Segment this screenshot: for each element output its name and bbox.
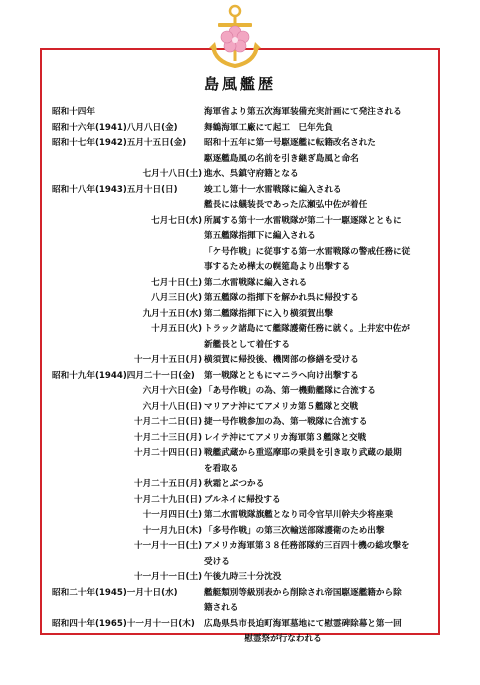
history-date: 昭和十七年(1942)五月十五日(金) xyxy=(52,136,204,152)
history-row: 昭和十七年(1942)五月十五日(金)昭和十五年に第一号駆逐艦に転籍改名された xyxy=(52,136,422,152)
history-event: 事するため樺太の幌筵島より出撃する xyxy=(204,260,422,276)
history-event: 「ケ号作戦」に従事する第一水雷戦隊の警戒任務に従 xyxy=(204,245,422,261)
history-row: 駆逐艦島風の名前を引き継ぎ島風と命名 xyxy=(52,152,422,168)
history-row: 事するため樺太の幌筵島より出撃する xyxy=(52,260,422,276)
history-date: 九月十五日(水) xyxy=(52,307,204,323)
history-date: 十一月十一日(土) xyxy=(52,539,204,555)
history-date: 昭和十八年(1943)五月十日(日) xyxy=(52,183,204,199)
history-event: 舞鶴海軍工廠にて起工 巳年先負 xyxy=(204,121,422,137)
history-date: 八月三日(火) xyxy=(52,291,204,307)
history-row: 昭和十四年海軍省より第五次海軍装備充実計画にて発注される xyxy=(52,105,422,121)
history-row: 昭和二十年(1945)一月十日(水)艦艇類別等級別表から削除され帝国駆逐艦籍から… xyxy=(52,586,422,602)
history-row: 十月二十二日(日)捷一号作戦参加の為、第一戦隊に合流する xyxy=(52,415,422,431)
anchor-cherry-blossom-icon xyxy=(205,2,265,72)
history-event: 籍される xyxy=(204,601,422,617)
history-date: 十一月四日(土) xyxy=(52,508,204,524)
history-event: 艦艇類別等級別表から削除され帝国駆逐艦籍から除 xyxy=(204,586,422,602)
history-date: 昭和四十年(1965)十一月十一日(木) xyxy=(52,617,204,633)
history-event: 第五艦隊の指揮下を解かれ呉に帰投する xyxy=(204,291,422,307)
history-event: 駆逐艦島風の名前を引き継ぎ島風と命名 xyxy=(204,152,422,168)
history-date: 十月二十九日(日) xyxy=(52,493,204,509)
history-date: 六月十八日(日) xyxy=(52,400,204,416)
history-row: 十月二十九日(日)ブルネイに帰投する xyxy=(52,493,422,509)
history-event: 第五艦隊指揮下に編入される xyxy=(204,229,422,245)
history-event: 秋霜とぶつかる xyxy=(204,477,422,493)
history-row: 十一月十一日(土)アメリカ海軍第３８任務部隊約三百四十機の総攻撃を xyxy=(52,539,422,555)
history-list: 昭和十四年海軍省より第五次海軍装備充実計画にて発注される昭和十六年(1941)八… xyxy=(52,105,422,648)
history-event: ブルネイに帰投する xyxy=(204,493,422,509)
history-event: 戦艦武蔵から重巡摩耶の乗員を引き取り武蔵の最期 xyxy=(204,446,422,462)
history-event: 海軍省より第五次海軍装備充実計画にて発注される xyxy=(204,105,422,121)
history-row: 十一月十五日(月)横須賀に帰投後、機関部の修繕を受ける xyxy=(52,353,422,369)
history-event: 所属する第十一水雷戦隊が第二十一駆逐隊とともに xyxy=(204,214,422,230)
history-row: 昭和十八年(1943)五月十日(日)竣工し第十一水雷戦隊に編入される xyxy=(52,183,422,199)
history-row: 十月二十三日(月)レイテ沖にてアメリカ海軍第３艦隊と交戦 xyxy=(52,431,422,447)
history-event: 第二艦隊指揮下に入り横須賀出撃 xyxy=(204,307,422,323)
history-event: マリアナ沖にてアメリカ第５艦隊と交戦 xyxy=(204,400,422,416)
history-row: 六月十八日(日)マリアナ沖にてアメリカ第５艦隊と交戦 xyxy=(52,400,422,416)
history-event: 第二水雷戦隊旗艦となり司令官早川幹夫少将座乗 xyxy=(204,508,422,524)
history-event: 午後九時三十分沈没 xyxy=(204,570,422,586)
history-event: レイテ沖にてアメリカ海軍第３艦隊と交戦 xyxy=(204,431,422,447)
history-row: 九月十五日(水)第二艦隊指揮下に入り横須賀出撃 xyxy=(52,307,422,323)
history-date: 十一月十五日(月) xyxy=(52,353,204,369)
history-row: 十一月九日(木)「多号作戦」の第三次輸送部隊護衛のため出撃 xyxy=(52,524,422,540)
history-date: 十月五日(火) xyxy=(52,322,204,338)
history-event: を看取る xyxy=(204,462,422,478)
history-event: 新艦長として着任する xyxy=(204,338,422,354)
history-row: 八月三日(火)第五艦隊の指揮下を解かれ呉に帰投する xyxy=(52,291,422,307)
history-row: 第五艦隊指揮下に編入される xyxy=(52,229,422,245)
history-row: 十月二十四日(日)戦艦武蔵から重巡摩耶の乗員を引き取り武蔵の最期 xyxy=(52,446,422,462)
history-row: 十一月四日(土)第二水雷戦隊旗艦となり司令官早川幹夫少将座乗 xyxy=(52,508,422,524)
history-row: 昭和十九年(1944)四月二十一日(金)第一戦隊とともにマニラへ向け出撃する xyxy=(52,369,422,385)
history-row: 七月七日(水)所属する第十一水雷戦隊が第二十一駆逐隊とともに xyxy=(52,214,422,230)
history-event: 慰霊祭が行なわれる xyxy=(204,632,422,648)
history-event: 捷一号作戦参加の為、第一戦隊に合流する xyxy=(204,415,422,431)
history-date: 七月七日(水) xyxy=(52,214,204,230)
history-event: 第二水雷戦隊に編入される xyxy=(204,276,422,292)
history-date: 昭和十四年 xyxy=(52,105,204,121)
history-row: を看取る xyxy=(52,462,422,478)
history-row: 十月二十五日(月)秋霜とぶつかる xyxy=(52,477,422,493)
history-event: 昭和十五年に第一号駆逐艦に転籍改名された xyxy=(204,136,422,152)
history-event: 受ける xyxy=(204,555,422,571)
history-date: 十月二十三日(月) xyxy=(52,431,204,447)
history-row: 七月十八日(土)進水、呉鎮守府籍となる xyxy=(52,167,422,183)
history-date: 六月十六日(金) xyxy=(52,384,204,400)
history-row: 昭和四十年(1965)十一月十一日(木)広島県呉市長迫町海軍墓地にて慰霊碑除幕と… xyxy=(52,617,422,633)
history-date: 十月二十四日(日) xyxy=(52,446,204,462)
history-event: 進水、呉鎮守府籍となる xyxy=(204,167,422,183)
history-event: トラック諸島にて艦隊護衛任務に就く。上井宏中佐が xyxy=(204,322,422,338)
history-row: 慰霊祭が行なわれる xyxy=(52,632,422,648)
history-event: 艦長には艤装長であった広瀬弘中佐が着任 xyxy=(204,198,422,214)
history-event: 広島県呉市長迫町海軍墓地にて慰霊碑除幕と第一回 xyxy=(204,617,422,633)
history-date: 七月十日(土) xyxy=(52,276,204,292)
history-row: 「ケ号作戦」に従事する第一水雷戦隊の警戒任務に従 xyxy=(52,245,422,261)
history-event: アメリカ海軍第３８任務部隊約三百四十機の総攻撃を xyxy=(204,539,422,555)
history-row: 艦長には艤装長であった広瀬弘中佐が着任 xyxy=(52,198,422,214)
history-date: 昭和二十年(1945)一月十日(水) xyxy=(52,586,204,602)
history-row: 昭和十六年(1941)八月八日(金)舞鶴海軍工廠にて起工 巳年先負 xyxy=(52,121,422,137)
history-event: 竣工し第十一水雷戦隊に編入される xyxy=(204,183,422,199)
history-event: 「多号作戦」の第三次輸送部隊護衛のため出撃 xyxy=(204,524,422,540)
history-row: 十月五日(火)トラック諸島にて艦隊護衛任務に就く。上井宏中佐が xyxy=(52,322,422,338)
history-date: 十月二十五日(月) xyxy=(52,477,204,493)
history-date: 十一月十一日(土) xyxy=(52,570,204,586)
history-row: 十一月十一日(土)午後九時三十分沈没 xyxy=(52,570,422,586)
history-row: 受ける xyxy=(52,555,422,571)
history-event: 横須賀に帰投後、機関部の修繕を受ける xyxy=(204,353,422,369)
history-row: 新艦長として着任する xyxy=(52,338,422,354)
history-event: 「あ号作戦」の為、第一機動艦隊に合流する xyxy=(204,384,422,400)
history-row: 籍される xyxy=(52,601,422,617)
page-title: 島風艦歴 xyxy=(0,73,480,94)
history-date: 十一月九日(木) xyxy=(52,524,204,540)
history-row: 六月十六日(金)「あ号作戦」の為、第一機動艦隊に合流する xyxy=(52,384,422,400)
history-date: 昭和十九年(1944)四月二十一日(金) xyxy=(52,369,204,385)
history-row: 七月十日(土)第二水雷戦隊に編入される xyxy=(52,276,422,292)
history-event: 第一戦隊とともにマニラへ向け出撃する xyxy=(204,369,422,385)
history-date: 十月二十二日(日) xyxy=(52,415,204,431)
history-date: 昭和十六年(1941)八月八日(金) xyxy=(52,121,204,137)
history-date: 七月十八日(土) xyxy=(52,167,204,183)
